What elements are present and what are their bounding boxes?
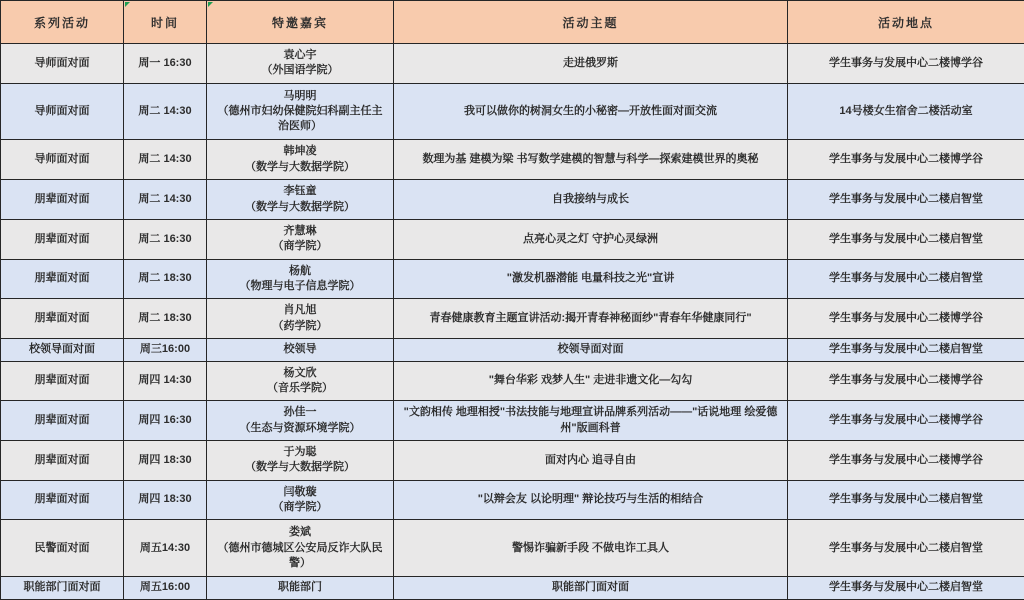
time-cell: 周五14:30 xyxy=(124,520,207,577)
table-row: 朋辈面对面 周四 14:30 杨文欣 （音乐学院） "舞台华彩 戏梦人生" 走进… xyxy=(1,361,1024,401)
time-label: 周五14:30 xyxy=(140,542,190,554)
column-header-label: 时间 xyxy=(151,16,179,30)
location-label: 学生事务与发展中心二楼博学谷 xyxy=(829,57,983,69)
series-label: 朋辈面对面 xyxy=(35,312,90,324)
guest-name: 孙佳一 xyxy=(215,405,385,420)
series-label: 朋辈面对面 xyxy=(35,414,90,426)
column-header-label: 系列活动 xyxy=(34,16,90,30)
guest-org: （外国语学院） xyxy=(215,63,385,78)
topic-cell: 青春健康教育主题宣讲活动:揭开青春神秘面纱"青春年华健康同行" xyxy=(394,299,788,339)
location-cell: 学生事务与发展中心二楼启智堂 xyxy=(788,520,1024,577)
guest-cell: 娄斌 （德州市德城区公安局反诈大队民警） xyxy=(207,520,394,577)
series-cell: 朋辈面对面 xyxy=(1,480,124,520)
time-cell: 周四 14:30 xyxy=(124,361,207,401)
column-header-topic: 活动主题 xyxy=(394,1,788,44)
topic-label: "文韵相传 地理相授"书法技能与地理宣讲品牌系列活动——"话说地理 绘爱德州"版… xyxy=(404,406,778,433)
time-cell: 周二 14:30 xyxy=(124,140,207,180)
activity-schedule-table: 系列活动 时间 特邀嘉宾 活动主题 活动地点 导师面对面 周一 16:30 袁心… xyxy=(0,0,1024,600)
series-label: 朋辈面对面 xyxy=(35,193,90,205)
guest-org: （数学与大数据学院） xyxy=(215,460,385,475)
location-label: 14号楼女生宿舍二楼活动室 xyxy=(839,105,972,117)
series-label: 朋辈面对面 xyxy=(35,374,90,386)
cell-flag-icon xyxy=(125,2,130,7)
time-cell: 周四 16:30 xyxy=(124,401,207,441)
location-cell: 学生事务与发展中心二楼博学谷 xyxy=(788,299,1024,339)
series-cell: 朋辈面对面 xyxy=(1,441,124,481)
series-label: 朋辈面对面 xyxy=(35,493,90,505)
topic-cell: "文韵相传 地理相授"书法技能与地理宣讲品牌系列活动——"话说地理 绘爱德州"版… xyxy=(394,401,788,441)
time-label: 周一 16:30 xyxy=(138,57,191,69)
series-cell: 朋辈面对面 xyxy=(1,259,124,299)
guest-cell: 孙佳一 （生态与资源环境学院） xyxy=(207,401,394,441)
series-label: 朋辈面对面 xyxy=(35,272,90,284)
guest-cell: 齐慧琳 （商学院） xyxy=(207,219,394,259)
location-label: 学生事务与发展中心二楼启智堂 xyxy=(829,493,983,505)
guest-org: （数学与大数据学院） xyxy=(215,160,385,175)
time-label: 周二 14:30 xyxy=(138,105,191,117)
guest-org: （商学院） xyxy=(215,239,385,254)
topic-label: 数理为基 建模为梁 书写数学建模的智慧与科学—探索建模世界的奥秘 xyxy=(422,153,758,165)
location-label: 学生事务与发展中心二楼启智堂 xyxy=(829,272,983,284)
guest-org: （商学院） xyxy=(215,500,385,515)
time-label: 周四 18:30 xyxy=(138,454,191,466)
guest-cell: 韩坤凌 （数学与大数据学院） xyxy=(207,140,394,180)
series-label: 朋辈面对面 xyxy=(35,233,90,245)
series-label: 民警面对面 xyxy=(35,542,90,554)
time-cell: 周四 18:30 xyxy=(124,480,207,520)
guest-org: （音乐学院） xyxy=(215,381,385,396)
cell-flag-icon xyxy=(208,2,213,7)
table-row: 朋辈面对面 周四 18:30 闫敬璇 （商学院） "以辩会友 以论明理" 辩论技… xyxy=(1,480,1024,520)
guest-name: 杨文欣 xyxy=(215,366,385,381)
table-row: 导师面对面 周二 14:30 马明明 （德州市妇幼保健院妇科副主任主治医师） 我… xyxy=(1,83,1024,140)
guest-org: （药学院） xyxy=(215,319,385,334)
time-cell: 周二 18:30 xyxy=(124,299,207,339)
series-cell: 朋辈面对面 xyxy=(1,219,124,259)
topic-label: 青春健康教育主题宣讲活动:揭开青春神秘面纱"青春年华健康同行" xyxy=(429,312,751,324)
topic-label: 职能部门面对面 xyxy=(552,581,629,593)
location-cell: 学生事务与发展中心二楼博学谷 xyxy=(788,401,1024,441)
table-row: 朋辈面对面 周四 18:30 于为聪 （数学与大数据学院） 面对内心 追寻自由 … xyxy=(1,441,1024,481)
column-header-series: 系列活动 xyxy=(1,1,124,44)
guest-name: 马明明 xyxy=(215,89,385,104)
guest-name: 韩坤凌 xyxy=(215,144,385,159)
guest-cell: 校领导 xyxy=(207,339,394,362)
guest-cell: 袁心宇 （外国语学院） xyxy=(207,44,394,84)
time-cell: 周三16:00 xyxy=(124,339,207,362)
column-header-label: 活动地点 xyxy=(878,16,934,30)
column-header-location: 活动地点 xyxy=(788,1,1024,44)
location-cell: 14号楼女生宿舍二楼活动室 xyxy=(788,83,1024,140)
location-label: 学生事务与发展中心二楼博学谷 xyxy=(829,374,983,386)
location-cell: 学生事务与发展中心二楼启智堂 xyxy=(788,219,1024,259)
column-header-time: 时间 xyxy=(124,1,207,44)
series-label: 导师面对面 xyxy=(35,153,90,165)
guest-name: 李钰童 xyxy=(215,184,385,199)
location-cell: 学生事务与发展中心二楼博学谷 xyxy=(788,44,1024,84)
column-header-guest: 特邀嘉宾 xyxy=(207,1,394,44)
time-cell: 周四 18:30 xyxy=(124,441,207,481)
topic-cell: "以辩会友 以论明理" 辩论技巧与生活的相结合 xyxy=(394,480,788,520)
guest-org: （生态与资源环境学院） xyxy=(215,421,385,436)
series-cell: 民警面对面 xyxy=(1,520,124,577)
time-label: 周五16:00 xyxy=(140,581,190,593)
series-cell: 导师面对面 xyxy=(1,140,124,180)
location-cell: 学生事务与发展中心二楼启智堂 xyxy=(788,577,1024,600)
topic-cell: "舞台华彩 戏梦人生" 走进非遗文化—勾勾 xyxy=(394,361,788,401)
topic-label: 走进俄罗斯 xyxy=(563,57,618,69)
location-cell: 学生事务与发展中心二楼博学谷 xyxy=(788,441,1024,481)
location-cell: 学生事务与发展中心二楼启智堂 xyxy=(788,259,1024,299)
table-row: 导师面对面 周一 16:30 袁心宇 （外国语学院） 走进俄罗斯 学生事务与发展… xyxy=(1,44,1024,84)
time-label: 周二 14:30 xyxy=(138,193,191,205)
series-label: 朋辈面对面 xyxy=(35,454,90,466)
time-label: 周三16:00 xyxy=(140,343,190,355)
guest-name: 于为聪 xyxy=(215,445,385,460)
location-label: 学生事务与发展中心二楼启智堂 xyxy=(829,581,983,593)
location-label: 学生事务与发展中心二楼博学谷 xyxy=(829,153,983,165)
time-label: 周四 18:30 xyxy=(138,493,191,505)
guest-name: 娄斌 xyxy=(215,525,385,540)
guest-org: （德州市德城区公安局反诈大队民警） xyxy=(215,541,385,572)
guest-name: 肖凡旭 xyxy=(215,303,385,318)
series-label: 职能部门面对面 xyxy=(24,581,101,593)
location-label: 学生事务与发展中心二楼博学谷 xyxy=(829,414,983,426)
topic-cell: 我可以做你的树洞女生的小秘密—开放性面对面交流 xyxy=(394,83,788,140)
time-label: 周四 14:30 xyxy=(138,374,191,386)
topic-label: 自我接纳与成长 xyxy=(552,193,629,205)
location-label: 学生事务与发展中心二楼博学谷 xyxy=(829,312,983,324)
location-cell: 学生事务与发展中心二楼启智堂 xyxy=(788,480,1024,520)
topic-cell: 自我接纳与成长 xyxy=(394,180,788,220)
topic-label: 校领导面对面 xyxy=(558,343,624,355)
guest-cell: 于为聪 （数学与大数据学院） xyxy=(207,441,394,481)
topic-cell: 点亮心灵之灯 守护心灵绿洲 xyxy=(394,219,788,259)
table-row: 导师面对面 周二 14:30 韩坤凌 （数学与大数据学院） 数理为基 建模为梁 … xyxy=(1,140,1024,180)
guest-name: 杨航 xyxy=(215,264,385,279)
location-label: 学生事务与发展中心二楼启智堂 xyxy=(829,542,983,554)
series-cell: 职能部门面对面 xyxy=(1,577,124,600)
time-label: 周四 16:30 xyxy=(138,414,191,426)
guest-name: 职能部门 xyxy=(215,580,385,595)
table-row: 朋辈面对面 周二 18:30 杨航 （物理与电子信息学院） "激发机器潜能 电量… xyxy=(1,259,1024,299)
guest-cell: 职能部门 xyxy=(207,577,394,600)
guest-cell: 马明明 （德州市妇幼保健院妇科副主任主治医师） xyxy=(207,83,394,140)
series-cell: 导师面对面 xyxy=(1,44,124,84)
location-label: 学生事务与发展中心二楼启智堂 xyxy=(829,233,983,245)
time-label: 周二 18:30 xyxy=(138,312,191,324)
series-cell: 朋辈面对面 xyxy=(1,361,124,401)
table-row: 朋辈面对面 周二 18:30 肖凡旭 （药学院） 青春健康教育主题宣讲活动:揭开… xyxy=(1,299,1024,339)
column-header-label: 活动主题 xyxy=(562,16,618,30)
topic-label: 点亮心灵之灯 守护心灵绿洲 xyxy=(523,233,658,245)
table-row: 朋辈面对面 周四 16:30 孙佳一 （生态与资源环境学院） "文韵相传 地理相… xyxy=(1,401,1024,441)
topic-cell: 职能部门面对面 xyxy=(394,577,788,600)
guest-cell: 肖凡旭 （药学院） xyxy=(207,299,394,339)
guest-name: 校领导 xyxy=(215,342,385,357)
series-cell: 校领导面对面 xyxy=(1,339,124,362)
series-cell: 朋辈面对面 xyxy=(1,180,124,220)
guest-name: 齐慧琳 xyxy=(215,224,385,239)
time-label: 周二 14:30 xyxy=(138,153,191,165)
topic-cell: 警惕诈骗新手段 不做电诈工具人 xyxy=(394,520,788,577)
series-label: 导师面对面 xyxy=(35,105,90,117)
table-row: 职能部门面对面 周五16:00 职能部门 职能部门面对面 学生事务与发展中心二楼… xyxy=(1,577,1024,600)
time-cell: 周二 16:30 xyxy=(124,219,207,259)
table-row: 朋辈面对面 周二 16:30 齐慧琳 （商学院） 点亮心灵之灯 守护心灵绿洲 学… xyxy=(1,219,1024,259)
header-row: 系列活动 时间 特邀嘉宾 活动主题 活动地点 xyxy=(1,1,1024,44)
time-label: 周二 16:30 xyxy=(138,233,191,245)
topic-label: "激发机器潜能 电量科技之光"宣讲 xyxy=(507,272,675,284)
time-cell: 周二 18:30 xyxy=(124,259,207,299)
series-label: 校领导面对面 xyxy=(29,343,95,355)
location-cell: 学生事务与发展中心二楼启智堂 xyxy=(788,339,1024,362)
guest-org: （数学与大数据学院） xyxy=(215,200,385,215)
topic-label: 面对内心 追寻自由 xyxy=(545,454,636,466)
location-cell: 学生事务与发展中心二楼博学谷 xyxy=(788,140,1024,180)
guest-name: 袁心宇 xyxy=(215,48,385,63)
series-cell: 朋辈面对面 xyxy=(1,401,124,441)
topic-cell: 走进俄罗斯 xyxy=(394,44,788,84)
column-header-label: 特邀嘉宾 xyxy=(272,16,328,30)
guest-cell: 闫敬璇 （商学院） xyxy=(207,480,394,520)
topic-cell: "激发机器潜能 电量科技之光"宣讲 xyxy=(394,259,788,299)
guest-cell: 李钰童 （数学与大数据学院） xyxy=(207,180,394,220)
guest-cell: 杨文欣 （音乐学院） xyxy=(207,361,394,401)
topic-label: 我可以做你的树洞女生的小秘密—开放性面对面交流 xyxy=(464,105,717,117)
time-cell: 周二 14:30 xyxy=(124,180,207,220)
series-cell: 朋辈面对面 xyxy=(1,299,124,339)
topic-label: "以辩会友 以论明理" 辩论技巧与生活的相结合 xyxy=(478,493,704,505)
topic-cell: 面对内心 追寻自由 xyxy=(394,441,788,481)
topic-cell: 校领导面对面 xyxy=(394,339,788,362)
topic-label: "舞台华彩 戏梦人生" 走进非遗文化—勾勾 xyxy=(489,374,693,386)
series-cell: 导师面对面 xyxy=(1,83,124,140)
location-label: 学生事务与发展中心二楼博学谷 xyxy=(829,454,983,466)
location-label: 学生事务与发展中心二楼启智堂 xyxy=(829,193,983,205)
location-cell: 学生事务与发展中心二楼启智堂 xyxy=(788,180,1024,220)
table-row: 朋辈面对面 周二 14:30 李钰童 （数学与大数据学院） 自我接纳与成长 学生… xyxy=(1,180,1024,220)
guest-org: （德州市妇幼保健院妇科副主任主治医师） xyxy=(215,104,385,135)
series-label: 导师面对面 xyxy=(35,57,90,69)
guest-cell: 杨航 （物理与电子信息学院） xyxy=(207,259,394,299)
topic-label: 警惕诈骗新手段 不做电诈工具人 xyxy=(512,542,669,554)
time-cell: 周一 16:30 xyxy=(124,44,207,84)
topic-cell: 数理为基 建模为梁 书写数学建模的智慧与科学—探索建模世界的奥秘 xyxy=(394,140,788,180)
location-label: 学生事务与发展中心二楼启智堂 xyxy=(829,343,983,355)
time-label: 周二 18:30 xyxy=(138,272,191,284)
guest-org: （物理与电子信息学院） xyxy=(215,279,385,294)
table-row: 校领导面对面 周三16:00 校领导 校领导面对面 学生事务与发展中心二楼启智堂 xyxy=(1,339,1024,362)
table-row: 民警面对面 周五14:30 娄斌 （德州市德城区公安局反诈大队民警） 警惕诈骗新… xyxy=(1,520,1024,577)
location-cell: 学生事务与发展中心二楼博学谷 xyxy=(788,361,1024,401)
time-cell: 周五16:00 xyxy=(124,577,207,600)
time-cell: 周二 14:30 xyxy=(124,83,207,140)
guest-name: 闫敬璇 xyxy=(215,485,385,500)
